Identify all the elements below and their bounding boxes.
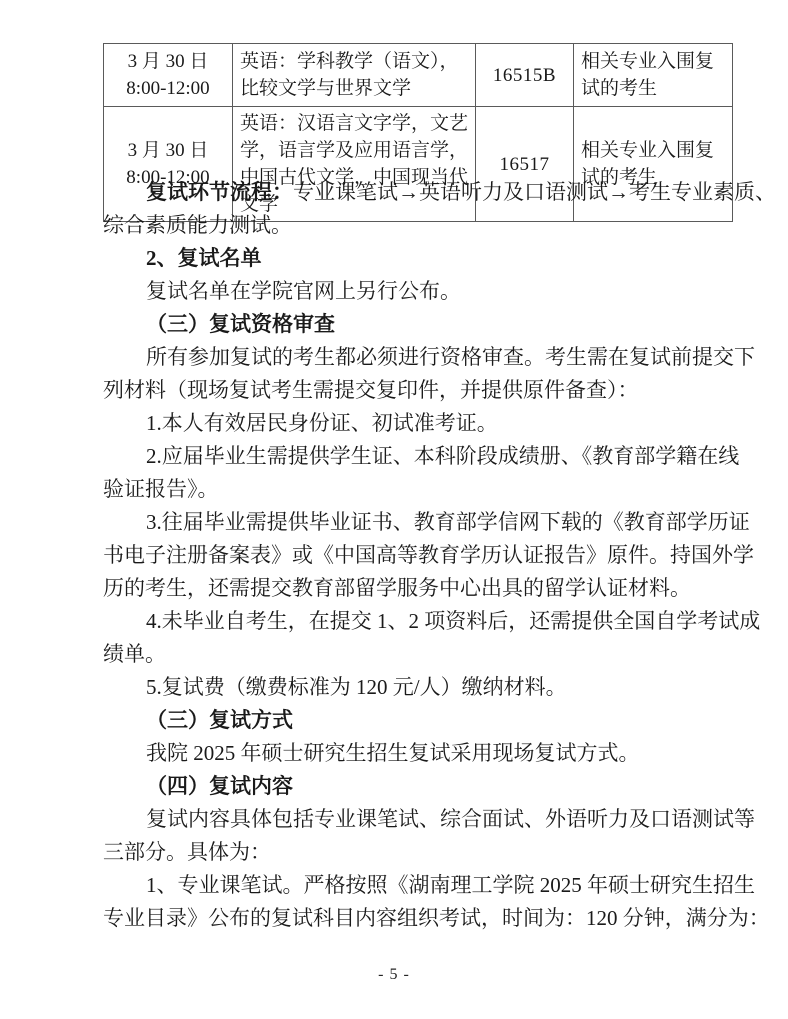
page-number: - 5 - <box>0 966 788 984</box>
cell-exam-candidates: 相关专业入围复试的考生 <box>574 44 733 107</box>
text-line: 5.复试费（缴费标准为 120 元/人）缴纳材料。 <box>103 671 732 704</box>
document-body: 复试环节流程：专业课笔试→英语听力及口语测试→考生专业素质、综合素质能力测试。2… <box>103 176 732 935</box>
heading-line: （三）复试资格审查 <box>103 308 732 341</box>
text-line: 2.应届毕业生需提供学生证、本科阶段成绩册、《教育部学籍在线 <box>103 440 732 473</box>
text-line: 复试名单在学院官网上另行公布。 <box>103 275 732 308</box>
text-line: 复试内容具体包括专业课笔试、综合面试、外语听力及口语测试等 <box>103 803 732 836</box>
text-line: 1.本人有效居民身份证、初试准考证。 <box>103 407 732 440</box>
document-page: 3 月 30 日 8:00-12:00 英语：学科教学（语文），比较文学与世界文… <box>0 0 788 1019</box>
text-line: 列材料（现场复试考生需提交复印件，并提供原件备查）： <box>103 374 732 407</box>
heading-line: （三）复试方式 <box>103 704 732 737</box>
bold-run: 复试环节流程： <box>146 180 293 204</box>
text-line: 综合素质能力测试。 <box>103 209 732 242</box>
text-line: 绩单。 <box>103 638 732 671</box>
cell-exam-date: 3 月 30 日 8:00-12:00 <box>104 44 233 107</box>
text-line: 验证报告》。 <box>103 473 732 506</box>
heading-line: （四）复试内容 <box>103 770 732 803</box>
text-line: 复试环节流程：专业课笔试→英语听力及口语测试→考生专业素质、 <box>103 176 732 209</box>
text-line: 所有参加复试的考生都必须进行资格审查。考生需在复试前提交下 <box>103 341 732 374</box>
cell-exam-subject: 英语：学科教学（语文），比较文学与世界文学 <box>233 44 476 107</box>
text-line: 1、专业课笔试。严格按照《湖南理工学院 2025 年硕士研究生招生 <box>103 869 732 902</box>
table-row: 3 月 30 日 8:00-12:00 英语：学科教学（语文），比较文学与世界文… <box>104 44 733 107</box>
text-line: 3.往届毕业需提供毕业证书、教育部学信网下载的《教育部学历证 <box>103 506 732 539</box>
cell-exam-code: 16515B <box>476 44 574 107</box>
text-line: 专业目录》公布的复试科目内容组织考试，时间为：120 分钟，满分为： <box>103 902 732 935</box>
text-line: 4.未毕业自考生，在提交 1、2 项资料后，还需提供全国自学考试成 <box>103 605 732 638</box>
text-line: 我院 2025 年硕士研究生招生复试采用现场复试方式。 <box>103 737 732 770</box>
heading-line: 2、复试名单 <box>103 242 732 275</box>
text-line: 书电子注册备案表》或《中国高等教育学历认证报告》原件。持国外学 <box>103 539 732 572</box>
text-line: 三部分。具体为： <box>103 836 732 869</box>
text-line: 历的考生，还需提交教育部留学服务中心出具的留学认证材料。 <box>103 572 732 605</box>
